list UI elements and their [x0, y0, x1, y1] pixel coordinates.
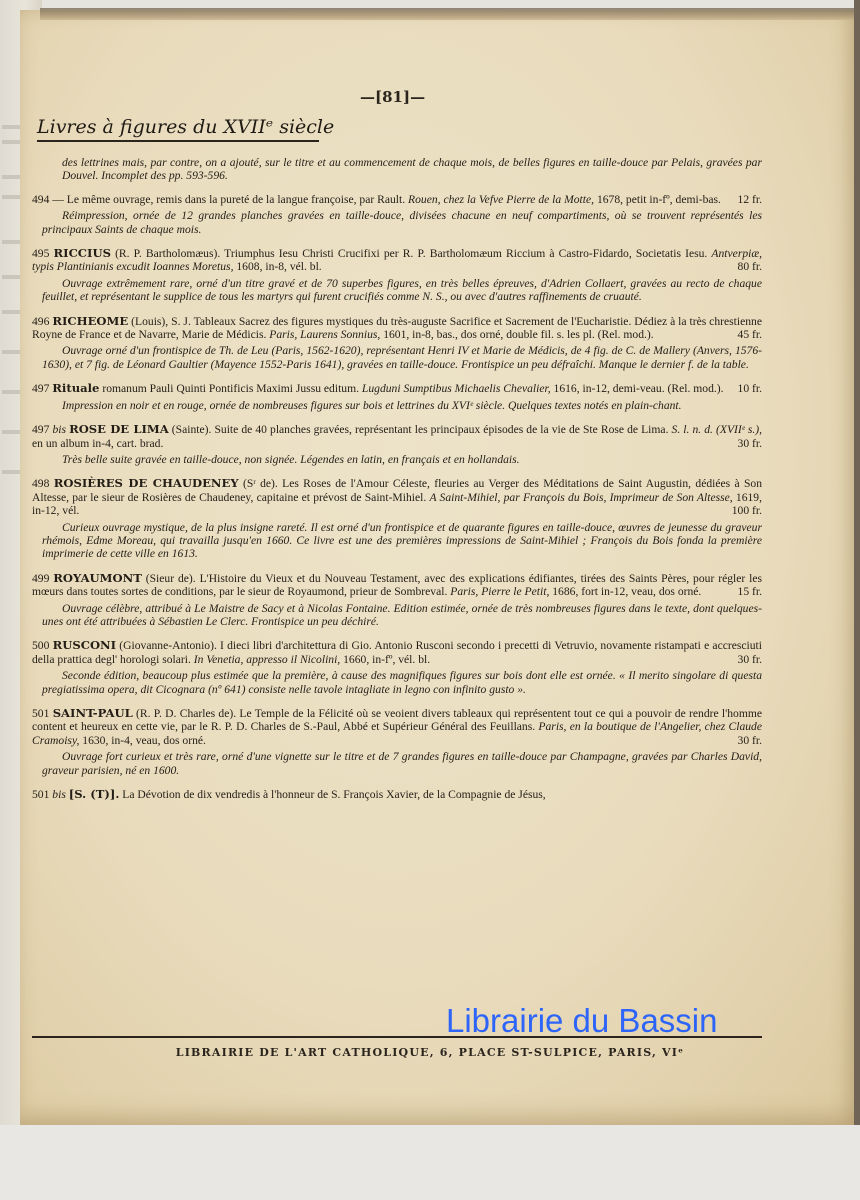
entry-number: 497 [32, 382, 49, 395]
entry-title: — Le même ouvrage, remis dans la pureté … [52, 193, 405, 206]
entry-note: Impression en noir et en rouge, ornée de… [32, 399, 762, 412]
catalogue-entry: 500 RUSCONI (Giovanne-Antonio). I dieci … [32, 639, 762, 696]
background [0, 1125, 860, 1200]
entry-number: 500 [32, 639, 49, 652]
entry-description: 501 SAINT-PAUL (R. P. D. Charles de). Le… [32, 707, 762, 747]
entry-details: 1630, in-4, veau, dos orné. [82, 734, 206, 747]
entry-details: 1616, in-12, demi-veau. (Rel. mod.). [554, 382, 724, 395]
entry-number: 494 [32, 193, 49, 206]
catalogue-entry: 501 SAINT-PAUL (R. P. D. Charles de). Le… [32, 707, 762, 777]
entry-note: Ouvrage extrêmement rare, orné d'un titr… [32, 277, 762, 304]
entry-description: 499 ROYAUMONT (Sieur de). L'Histoire du … [32, 572, 762, 599]
title-underline [37, 140, 319, 142]
entry-number: 495 [32, 247, 49, 260]
entry-details: en un album in-4, cart. brad. [32, 437, 163, 450]
entry-number: 498 [32, 477, 49, 490]
entry-description: 494 — Le même ouvrage, remis dans la pur… [32, 193, 762, 206]
entry-author: RUSCONI [53, 638, 116, 652]
entry-bis: bis [52, 423, 66, 436]
catalogue-entry: 497 bis ROSE DE LIMA (Sainte). Suite de … [32, 423, 762, 466]
book-right-edge [854, 0, 860, 1125]
entry-price: 10 fr. [738, 382, 762, 395]
catalogue-entry: 496 RICHEOME (Louis), S. J. Tableaux Sac… [32, 315, 762, 372]
entry-author: [S. (T)]. [69, 787, 120, 801]
catalogue-entry: 495 RICCIUS (R. P. Bartholomæus). Triump… [32, 247, 762, 304]
entry-details: 1601, in-8, bas., dos orné, double fil. … [383, 328, 654, 341]
entry-note: Seconde édition, beaucoup plus estimée q… [32, 669, 762, 696]
entry-title: (R. P. Bartholomæus). Triumphus Iesu Chr… [115, 247, 707, 260]
entry-price: 45 fr. [738, 328, 762, 341]
entry-author: Rituale [52, 381, 99, 395]
entry-author: RICHEOME [52, 314, 128, 328]
entry-title: La Dévotion de dix vendredis à l'honneur… [122, 788, 545, 801]
entry-price: 12 fr. [738, 193, 762, 206]
entry-note: Très belle suite gravée en taille-douce,… [32, 453, 762, 466]
catalogue-entry: 497 Rituale romanum Pauli Quinti Pontifi… [32, 382, 762, 412]
entry-description: 497 Rituale romanum Pauli Quinti Pontifi… [32, 382, 762, 395]
entry-author: ROSIÈRES DE CHAUDENEY [54, 476, 239, 490]
catalogue-entry: 498 ROSIÈRES DE CHAUDENEY (Sʳ de). Les R… [32, 477, 762, 560]
entry-details: 1608, in-8, vél. bl. [236, 260, 321, 273]
entry-title: (Sainte). Suite de 40 planches gravées, … [172, 423, 669, 436]
entry-author: RICCIUS [54, 246, 111, 260]
entry-price: 30 fr. [738, 734, 762, 747]
entry-number: 499 [32, 572, 49, 585]
entry-note: Ouvrage célèbre, attribué à Le Maistre d… [32, 602, 762, 629]
entry-price: 100 fr. [732, 504, 762, 517]
section-title: Livres à figures du XVIIᵉ siècle [37, 116, 334, 138]
page-number: —[81]— [360, 88, 425, 106]
entry-title: romanum Pauli Quinti Pontificis Maximi J… [102, 382, 359, 395]
entry-imprint: Lugduni Sumptibus Michaelis Chevalier, [362, 382, 551, 395]
entry-description: 495 RICCIUS (R. P. Bartholomæus). Triump… [32, 247, 762, 274]
entry-description: 496 RICHEOME (Louis), S. J. Tableaux Sac… [32, 315, 762, 342]
entry-description: 497 bis ROSE DE LIMA (Sainte). Suite de … [32, 423, 762, 450]
continuation-note: des lettrines mais, par contre, on a ajo… [32, 156, 762, 183]
entry-description: 498 ROSIÈRES DE CHAUDENEY (Sʳ de). Les R… [32, 477, 762, 517]
entry-imprint: In Venetia, appresso il Nicolini, [194, 653, 340, 666]
catalogue-entry: 501 bis [S. (T)]. La Dévotion de dix ven… [32, 788, 762, 801]
entry-number: 501 [32, 707, 49, 720]
entry-number: 501 [32, 788, 49, 801]
publisher-footer: LIBRAIRIE DE L'ART CATHOLIQUE, 6, PLACE … [0, 1046, 860, 1059]
entry-price: 15 fr. [738, 585, 762, 598]
entry-note: Ouvrage fort curieux et très rare, orné … [32, 750, 762, 777]
entry-author: ROSE DE LIMA [69, 422, 169, 436]
entry-number: 497 [32, 423, 49, 436]
entry-imprint: Paris, Pierre le Petit, [450, 585, 549, 598]
catalogue-entry: 499 ROYAUMONT (Sieur de). L'Histoire du … [32, 572, 762, 629]
catalogue-entries: des lettrines mais, par contre, on a ajo… [32, 156, 762, 812]
entry-imprint: A Saint-Mihiel, par François du Bois, Im… [429, 491, 732, 504]
entry-price: 30 fr. [738, 653, 762, 666]
entry-imprint: Paris, Laurens Sonnius, [269, 328, 380, 341]
entry-price: 80 fr. [738, 260, 762, 273]
catalogue-entry: 494 — Le même ouvrage, remis dans la pur… [32, 193, 762, 236]
entry-details: 1678, petit in-fº, demi-bas. [597, 193, 721, 206]
entry-number: 496 [32, 315, 49, 328]
book-top-edge [40, 8, 855, 20]
entry-details: 1660, in-fº, vél. bl. [343, 653, 430, 666]
entry-bis: bis [52, 788, 66, 801]
entry-price: 30 fr. [738, 437, 762, 450]
entry-note: Réimpression, ornée de 12 grandes planch… [32, 209, 762, 236]
entry-author: ROYAUMONT [53, 571, 142, 585]
entry-note: Ouvrage orné d'un frontispice de Th. de … [32, 344, 762, 371]
entry-details: 1686, fort in-12, veau, dos orné. [552, 585, 701, 598]
entry-note: Curieux ouvrage mystique, de la plus ins… [32, 521, 762, 561]
entry-description: 500 RUSCONI (Giovanne-Antonio). I dieci … [32, 639, 762, 666]
entry-imprint: Rouen, chez la Vefve Pierre de la Motte, [408, 193, 594, 206]
watermark: Librairie du Bassin [446, 1002, 717, 1040]
entry-description: 501 bis [S. (T)]. La Dévotion de dix ven… [32, 788, 762, 801]
entry-author: SAINT-PAUL [53, 706, 133, 720]
entry-imprint: S. l. n. d. (XVIIᵉ s.), [672, 423, 762, 436]
